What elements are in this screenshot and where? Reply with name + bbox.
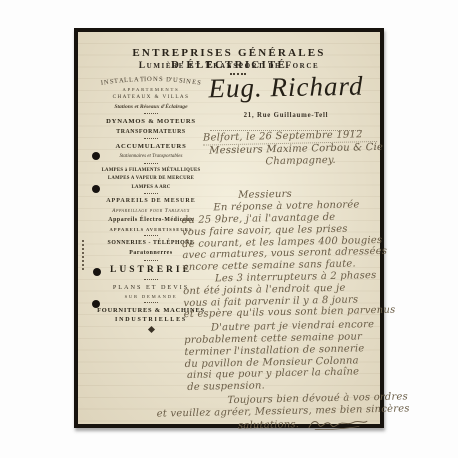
- sidebar-item-chateaux: CHATEAUX & VILLAS: [94, 95, 208, 101]
- sidebar-item-dynamos: DYNAMOS & MOTEURS: [94, 118, 208, 126]
- sidebar-divider: [144, 193, 158, 194]
- sidebar-divider: [144, 138, 158, 139]
- sidebar-divider: [144, 260, 158, 261]
- sidebar-divider: [144, 163, 158, 164]
- sidebar-divider: [144, 279, 158, 280]
- fleuron-ornament-icon: [147, 326, 154, 333]
- sidebar-divider: [144, 302, 158, 303]
- signature-scribble: [307, 416, 369, 431]
- letter-addressee-city: Champagney.: [265, 153, 383, 167]
- sidebar-divider: [144, 113, 158, 114]
- letter-closing-line: salutations.: [238, 415, 389, 432]
- sidebar-item-appartements: APPARTEMENTS: [94, 87, 208, 92]
- sidebar-item-stations: Stations et Réseaux d'Éclairage: [94, 104, 208, 110]
- street-address: 21, Rue Guillaume-Tell: [206, 112, 366, 119]
- sidebar-item-installations: INSTALLATIONS D'USINES: [94, 76, 208, 84]
- owner-signature-logo: Eug. Richard: [196, 70, 377, 104]
- sidebar-divider: [144, 235, 158, 236]
- letterhead-paper: ENTREPRISES GÉNÉRALES D'ÉLECTRICITÉ Lumi…: [74, 28, 384, 428]
- handwritten-letter: Belfort, le 26 Septembre 1912 Messieurs …: [175, 129, 389, 434]
- letter-closing-salutations: salutations.: [238, 419, 299, 431]
- scanned-letter-photo: ENTREPRISES GÉNÉRALES D'ÉLECTRICITÉ Lumi…: [0, 0, 458, 458]
- company-tagline: Lumière et Transport de Force: [78, 61, 380, 71]
- printer-mark: [82, 240, 84, 270]
